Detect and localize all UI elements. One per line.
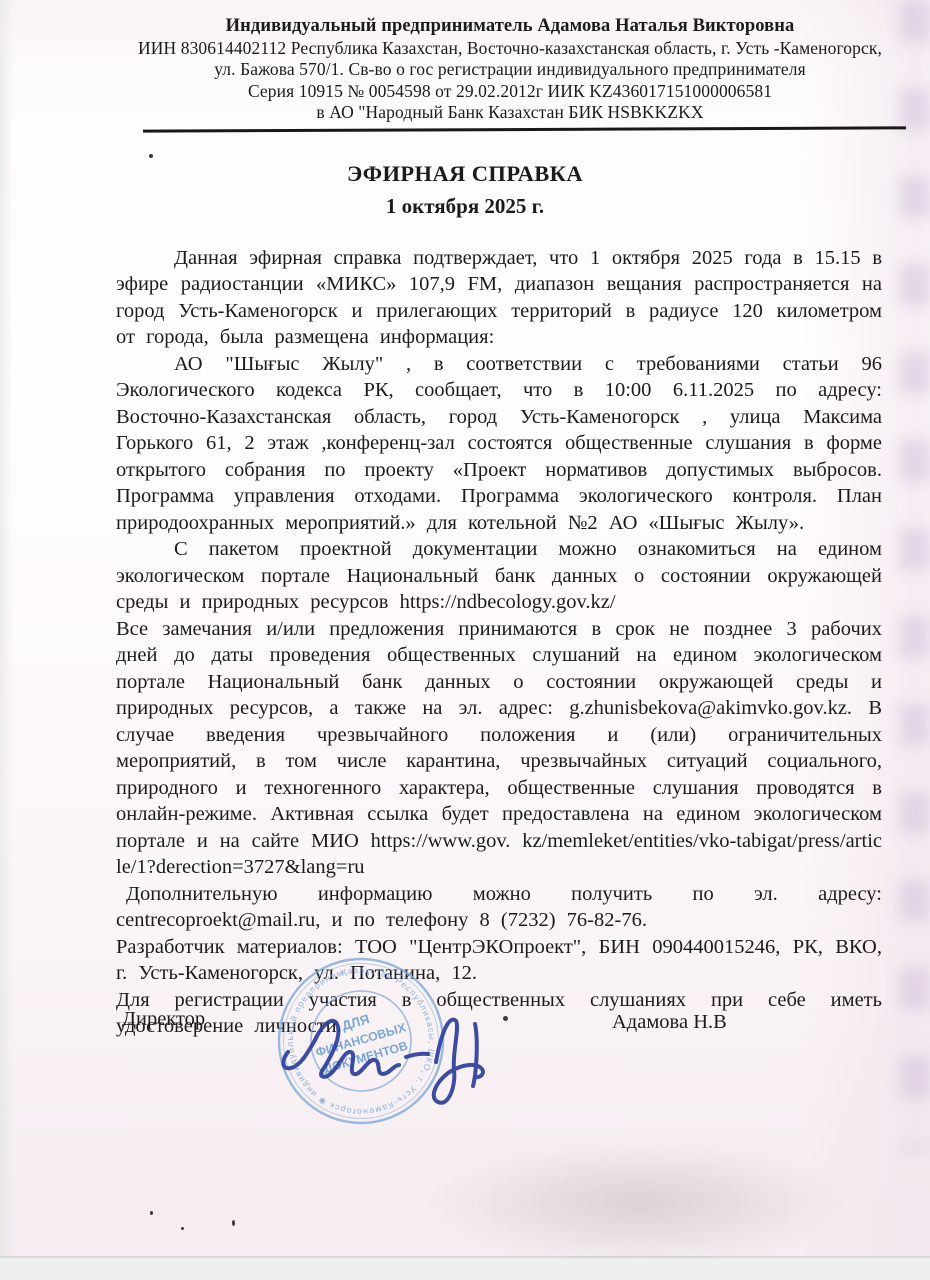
handwritten-signature [278,978,528,1113]
scan-bottom-shadow [430,1140,850,1265]
paragraph-broadcast-confirmation: Данная эфирная справка подтверждает, что… [116,245,882,351]
letterhead-address-line: ул. Бажова 570/1. Св-во о гос регистраци… [130,59,890,81]
signature-name-label: Адамова Н.В [612,1011,727,1034]
scan-edge-artifacts [900,0,930,1150]
paragraph-contact-info: Дополнительную информацию можно получить… [116,881,882,934]
document-date: 1 октября 2025 г. [0,194,930,219]
letterhead-divider [143,126,906,132]
letterhead-bank-line: в АО "Народный Банк Казахстан БИК HSBKKZ… [130,102,890,124]
title-block: ЭФИРНАЯ СПРАВКА 1 октября 2025 г. [0,161,930,219]
scan-speck [150,1211,153,1215]
letterhead: Индивидуальный предприниматель Адамова Н… [0,0,930,124]
document-body: Данная эфирная справка подтверждает, что… [0,219,930,1040]
document-title: ЭФИРНАЯ СПРАВКА [0,161,930,187]
scan-speck [503,1016,508,1021]
entrepreneur-name: Индивидуальный предприниматель Адамова Н… [130,16,890,38]
scan-speck [149,154,153,158]
signature-role-label: Директор [122,1008,205,1031]
letterhead-series-line: Серия 10915 № 0054598 от 29.02.2012г ИИК… [130,81,890,103]
scan-speck [232,1220,235,1226]
signature-graphic [278,978,528,1113]
scan-speck [181,1227,184,1230]
scanned-document-page: Индивидуальный предприниматель Адамова Н… [0,0,930,1258]
paragraph-hearing-announcement: АО "Шығыс Жылу" , в соответствии с требо… [116,351,882,537]
paragraph-remarks-procedure: Все замечания и/или предложения принимаю… [116,616,882,881]
letterhead-iin-line: ИИН 830614402112 Республика Казахстан, В… [130,38,890,60]
paragraph-documentation-portal: С пакетом проектной документации можно о… [116,536,882,616]
scanner-background [0,1260,930,1280]
